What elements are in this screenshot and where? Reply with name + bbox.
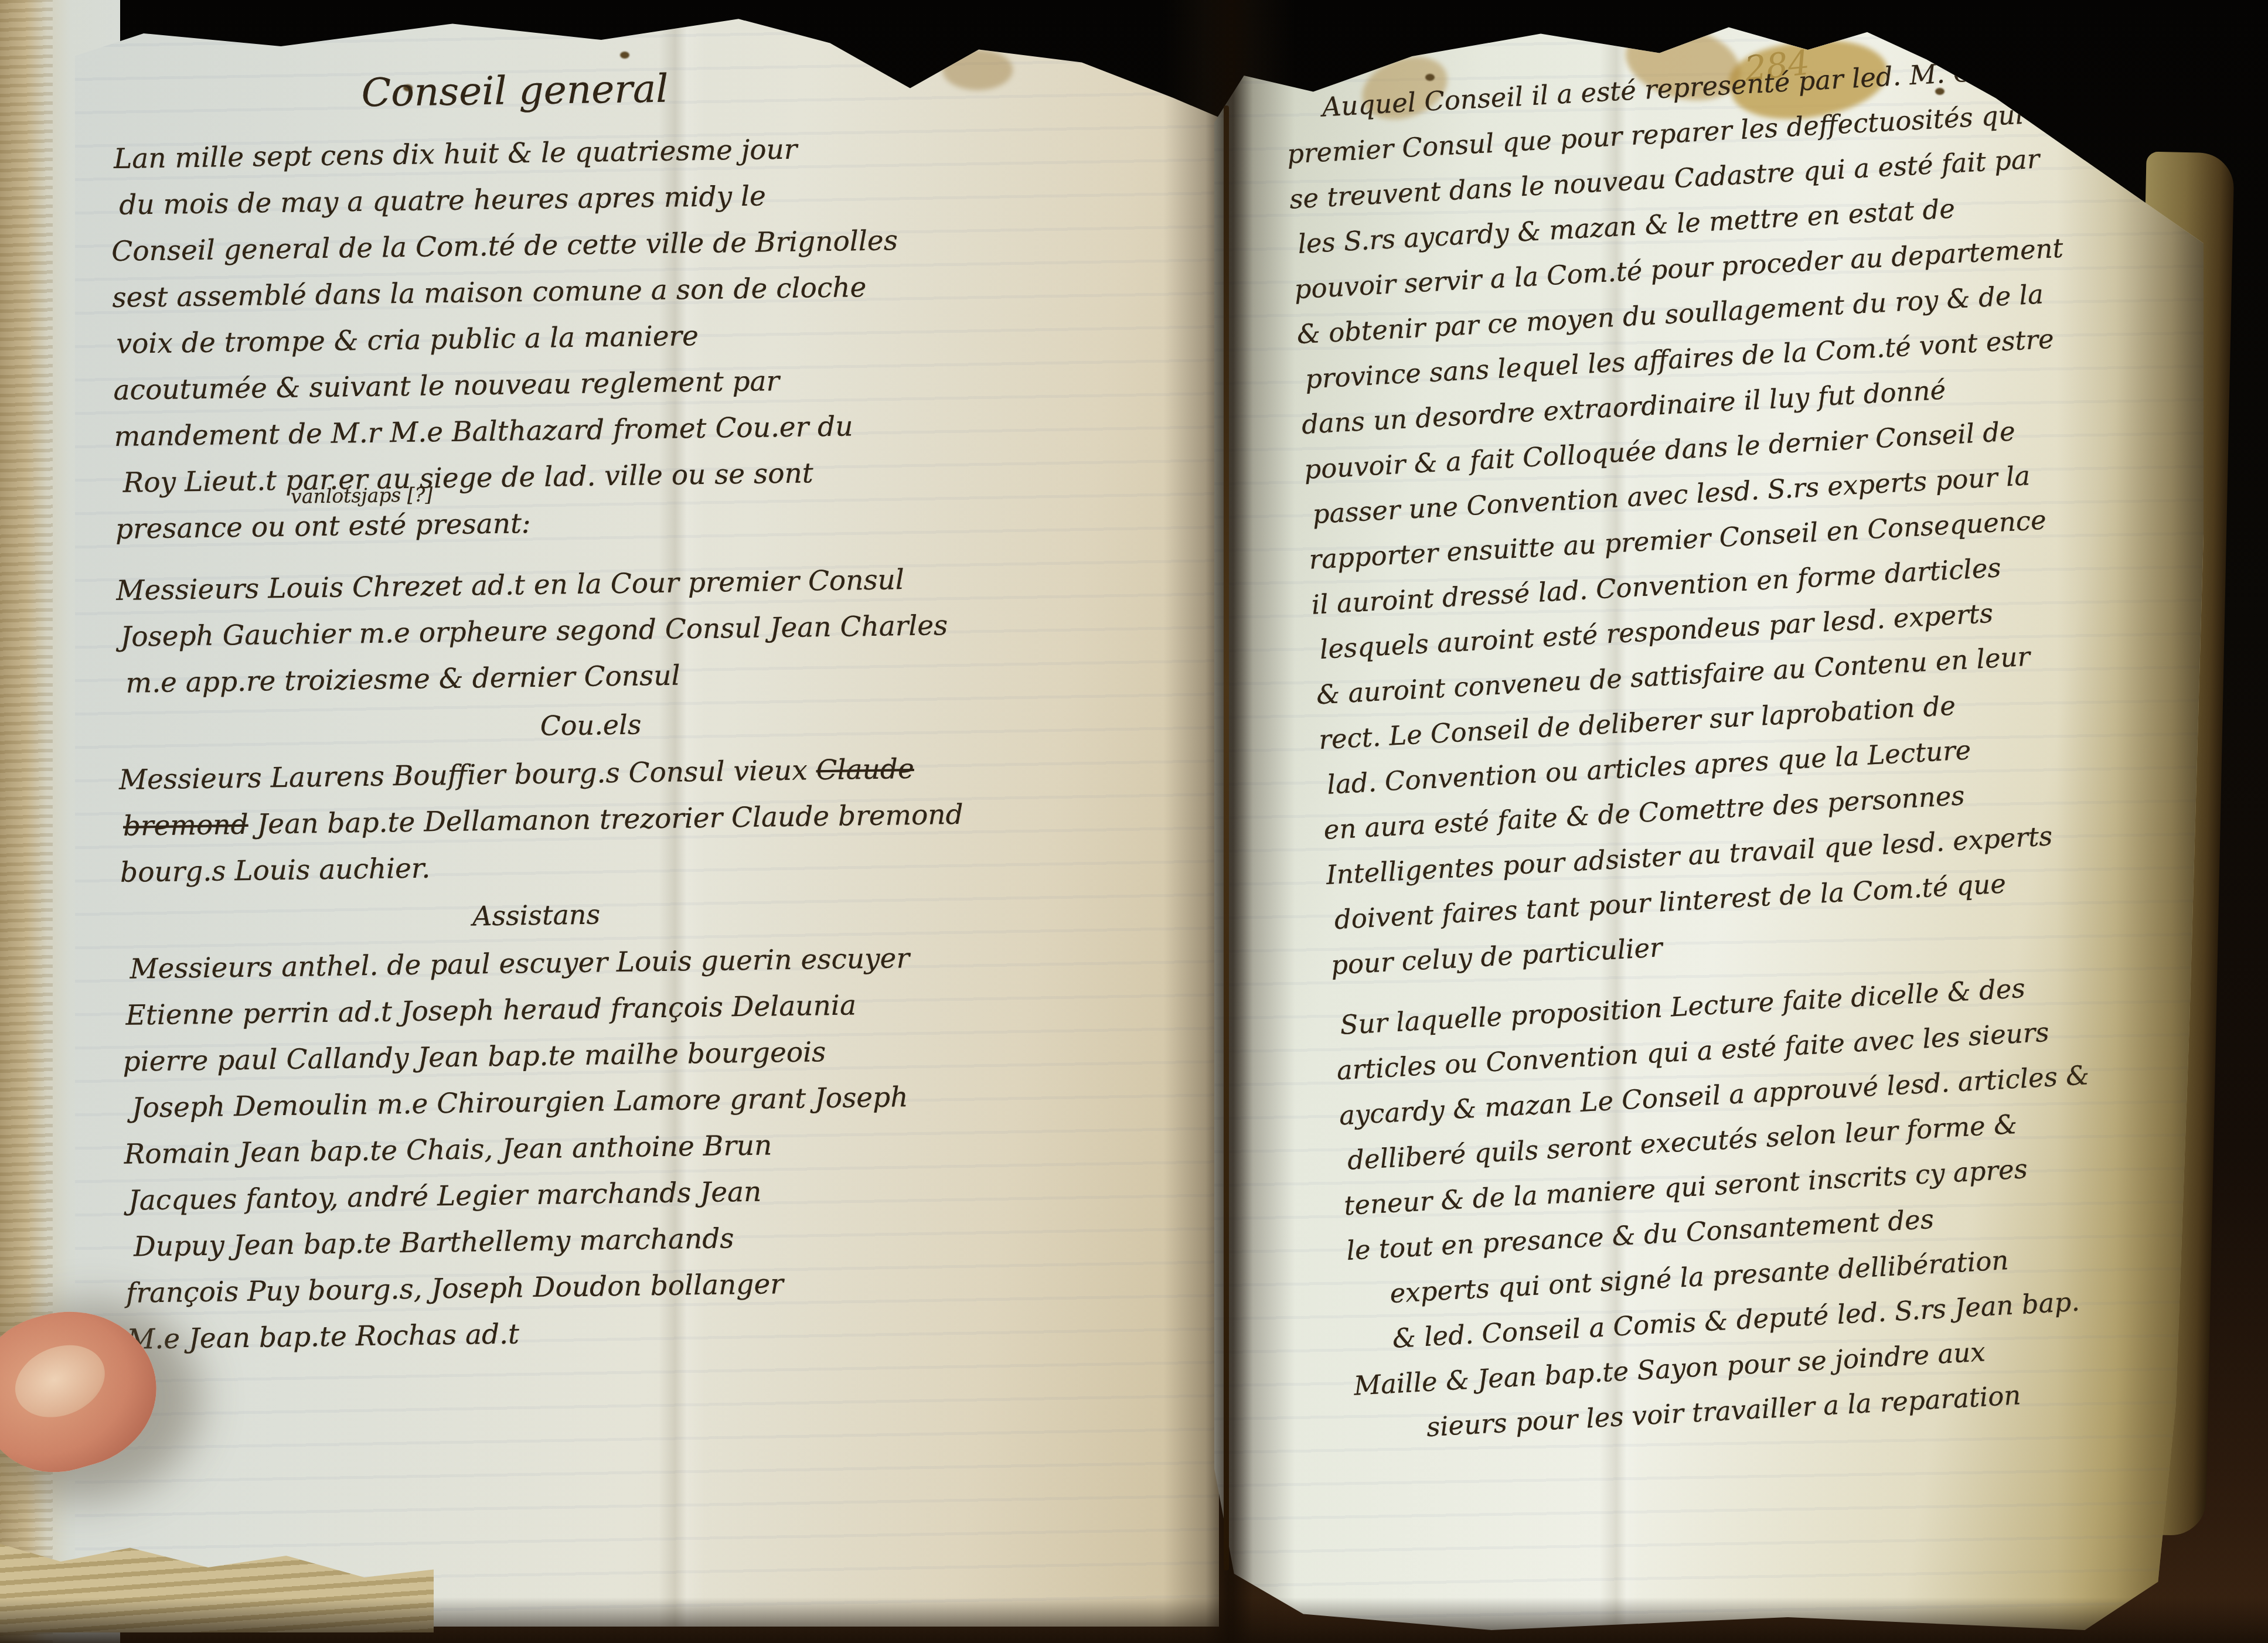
page-title: Conseil general — [361, 55, 1182, 120]
line-fragment: Messieurs Laurens Bouffier bourg.s Consu… — [119, 754, 816, 796]
section-heading-conseillers: Cou.els — [540, 691, 1191, 751]
left-page-text: Conseil general Lan mille sept cens dix … — [109, 55, 1200, 1362]
line-fragment: Jean bap.te Dellamanon trezorier Claude … — [248, 799, 963, 841]
resolution-paragraph: Sur laquelle proposition Lecture faite d… — [1333, 954, 2204, 1453]
binding-seam — [1224, 105, 1229, 1570]
right-page-text: Auquel Conseil il a esté representé par … — [1283, 38, 2204, 1454]
thumb-nail — [4, 1332, 115, 1430]
left-page: Conseil general Lan mille sept cens dix … — [75, 14, 1219, 1627]
wax-stain — [2126, 54, 2190, 103]
struck-text: Claude — [816, 753, 914, 786]
struck-text: bremond — [123, 809, 248, 843]
deliberation-paragraph: Auquel Conseil il a esté representé par … — [1283, 38, 2204, 988]
ink-speck — [620, 52, 629, 59]
manuscript-photo: Conseil general Lan mille sept cens dix … — [0, 0, 2268, 1643]
right-page: 284 Auquel Conseil il a esté representé … — [1214, 18, 2204, 1630]
